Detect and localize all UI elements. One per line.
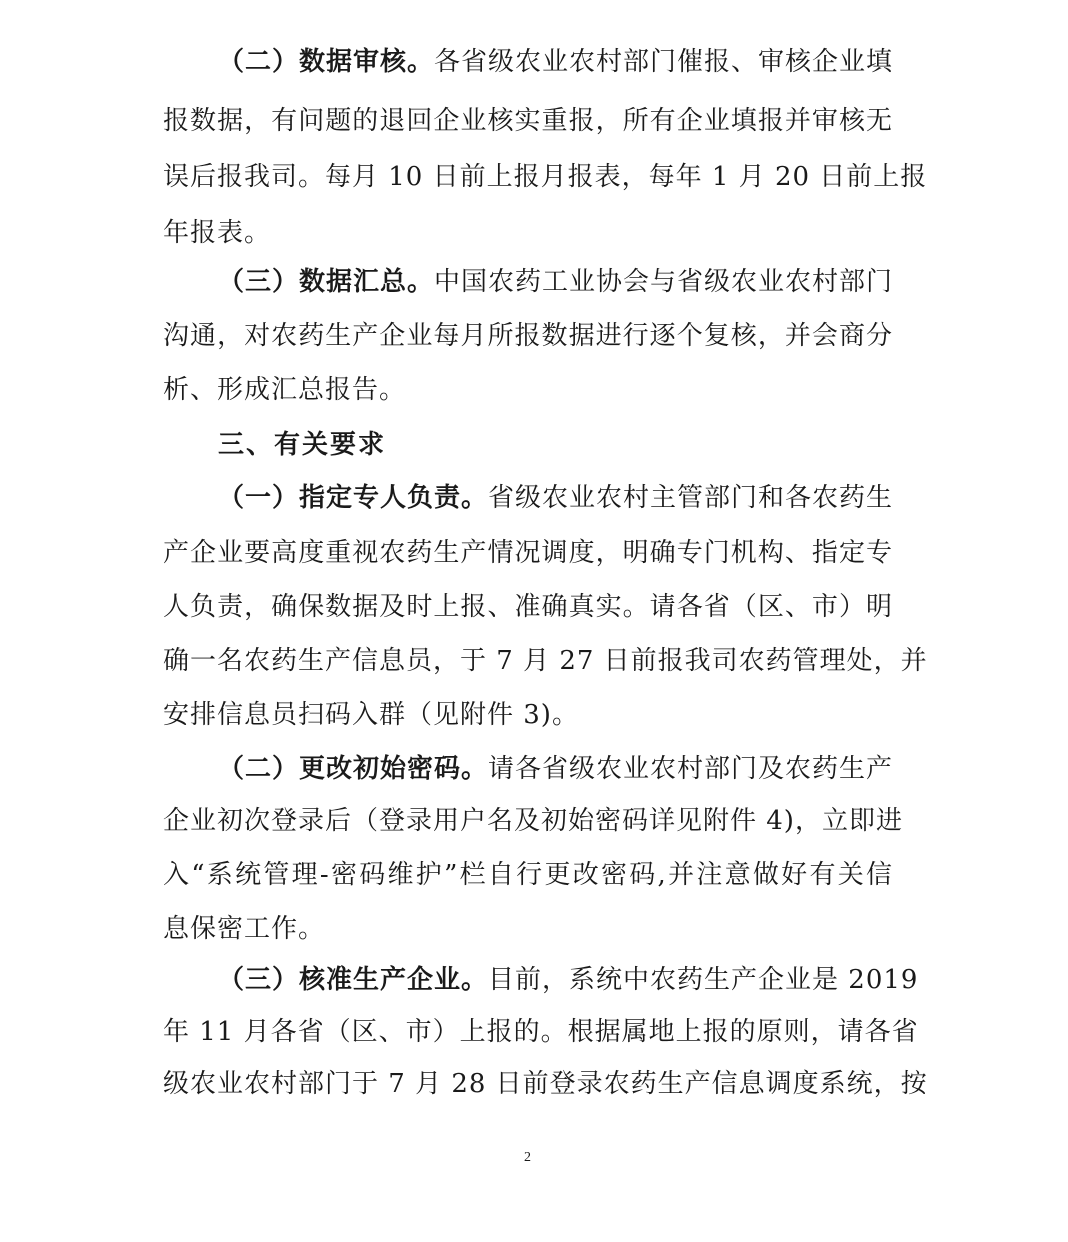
- paragraph-data-review-line-1: （二）数据审核。各省级农业农村部门催报、审核企业填: [218, 42, 893, 82]
- paragraph-line: 沟通，对农药生产企业每月所报数据进行逐个复核，并会商分: [163, 316, 893, 356]
- paragraph-verify-enterprises-line-1: （三）核准生产企业。目前，系统中农药生产企业是 2019: [218, 960, 893, 1000]
- paragraph-data-summary-line-1: （三）数据汇总。中国农药工业协会与省级农业农村部门: [218, 262, 893, 302]
- paragraph-line: 级农业农村部门于 7 月 28 日前登录农药生产信息调度系统，按: [163, 1064, 893, 1104]
- paragraph-line: 息保密工作。: [163, 909, 893, 949]
- paragraph-line: 年 11 月各省（区、市）上报的。根据属地上报的原则，请各省: [163, 1012, 893, 1052]
- paragraph-line: 人负责，确保数据及时上报、准确真实。请各省（区、市）明: [163, 587, 893, 627]
- paragraph-line: 析、形成汇总报告。: [163, 370, 893, 410]
- paragraph-line: 入“系统管理-密码维护”栏自行更改密码,并注意做好有关信: [163, 855, 893, 895]
- page-number: 2: [524, 1150, 531, 1166]
- paragraph-line: 产企业要高度重视农药生产情况调度，明确专门机构、指定专: [163, 533, 893, 573]
- paragraph-heading: （二）更改初始密码。: [218, 754, 488, 784]
- paragraph-heading: （二）数据审核。: [218, 47, 434, 77]
- paragraph-heading: （三）数据汇总。: [218, 267, 434, 297]
- part-heading: 三、有关要求: [218, 425, 386, 465]
- paragraph-designate-person-line-1: （一）指定专人负责。省级农业农村主管部门和各农药生: [218, 478, 893, 518]
- paragraph-line: 确一名农药生产信息员，于 7 月 27 日前报我司农药管理处，并: [163, 641, 893, 681]
- paragraph-line: 报数据，有问题的退回企业核实重报，所有企业填报并审核无: [163, 101, 893, 141]
- paragraph-line: 年报表。: [163, 213, 893, 253]
- paragraph-change-password-line-1: （二）更改初始密码。请各省级农业农村部门及农药生产: [218, 749, 893, 789]
- paragraph-heading: （一）指定专人负责。: [218, 483, 488, 513]
- paragraph-line: 企业初次登录后（登录用户名及初始密码详见附件 4)，立即进: [163, 801, 893, 841]
- paragraph-line: 误后报我司。每月 10 日前上报月报表，每年 1 月 20 日前上报: [163, 157, 893, 197]
- paragraph-heading: （三）核准生产企业。: [218, 965, 488, 995]
- paragraph-line: 安排信息员扫码入群（见附件 3)。: [163, 695, 893, 735]
